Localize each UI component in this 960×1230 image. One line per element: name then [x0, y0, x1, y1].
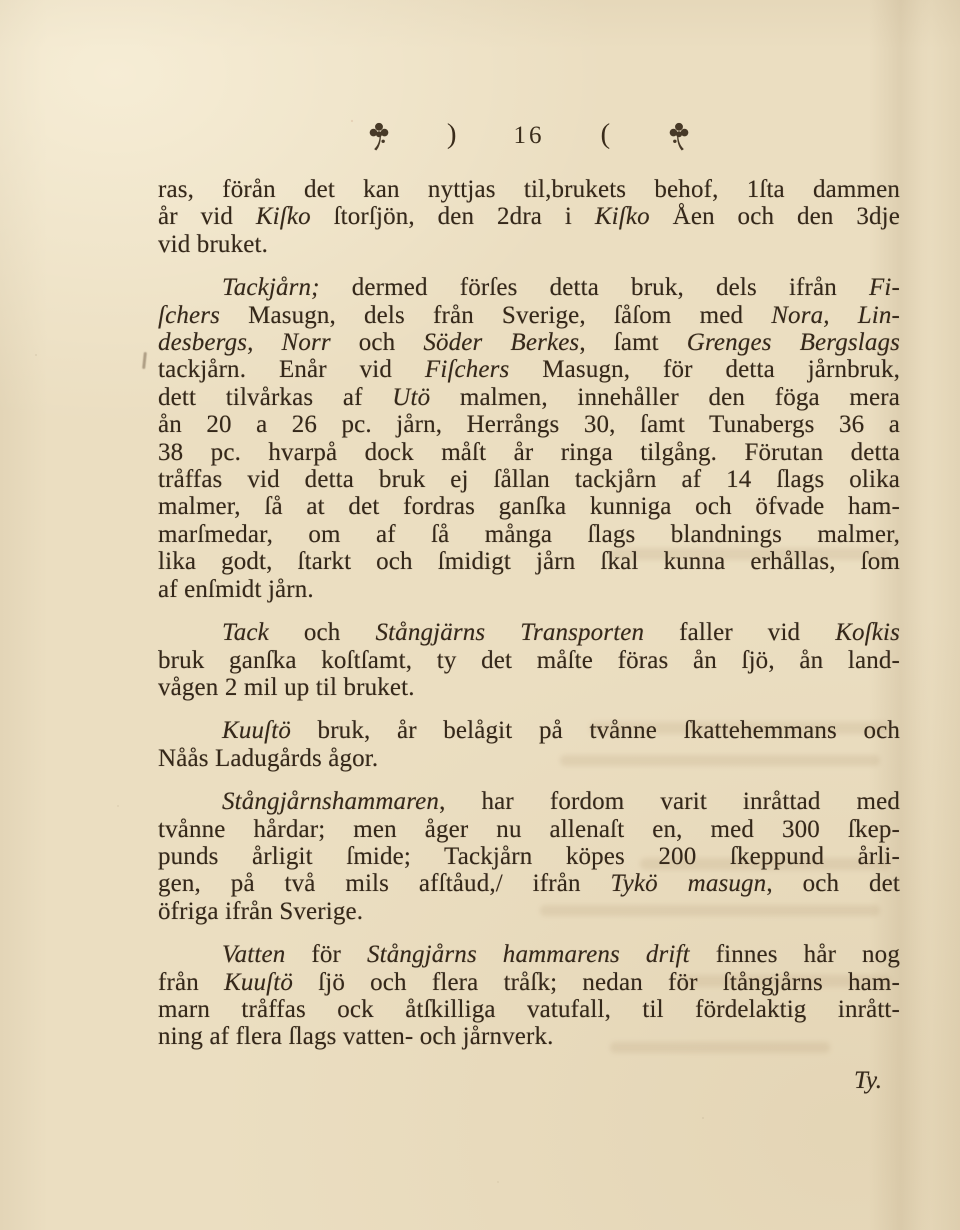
text-line: gen, på två mils afſtåud,/ ifrån Tykö ma…: [158, 870, 900, 897]
text-segment: dermed förſes detta bruk, dels ifrån: [320, 274, 869, 301]
text-line: Nåås Ladugårds ågor.: [158, 745, 900, 772]
text-line: öfriga ifrån Sverige.: [158, 898, 900, 925]
italic-text-segment: Nora, Lin-: [771, 302, 900, 329]
text-segment: vid bruket.: [158, 231, 268, 258]
text-segment: marn tråffas ock åtſkilliga vatufall, ti…: [158, 996, 900, 1023]
text-line: Vatten för Stångjårns hammarens drift fi…: [158, 941, 900, 968]
text-segment: Åen och den 3dje: [650, 203, 900, 230]
text-segment: ras, förån det kan nyttjas til,brukets b…: [158, 176, 900, 203]
text-segment: och: [331, 329, 424, 356]
text-segment: för: [285, 941, 367, 968]
text-line: punds årligit ſmide; Tackjårn köpes 200 …: [158, 843, 900, 870]
italic-text-segment: Fi-: [869, 274, 900, 301]
italic-text-segment: Grenges Bergslags: [687, 329, 900, 356]
text-line: ån 20 a 26 pc. jårn, Herrångs 30, ſamt T…: [158, 411, 900, 438]
text-segment: öfriga ifrån Sverige.: [158, 898, 363, 925]
text-segment: ån 20 a 26 pc. jårn, Herrångs 30, ſamt T…: [158, 411, 900, 438]
text-line: malmer, ſå at det fordras ganſka kunniga…: [158, 493, 900, 520]
text-segment: Masugn, för detta jårnbruk,: [509, 356, 900, 383]
text-line: tackjårn. Enår vid Fiſchers Masugn, för …: [158, 356, 900, 383]
header-bracket-left: ): [447, 118, 458, 151]
text-segment: från: [158, 969, 224, 996]
italic-text-segment: Tykö masugn: [610, 870, 766, 897]
paragraph: Vatten för Stångjårns hammarens drift fi…: [158, 941, 900, 1051]
italic-text-segment: Vatten: [222, 941, 285, 968]
text-line: tråffas vid detta bruk ej ſållan tackjår…: [158, 466, 900, 493]
fleuron-icon: [667, 121, 691, 151]
text-line: år vid Kiſko ſtorſjön, den 2dra i Kiſko …: [158, 203, 900, 230]
text-line: ning af flera ſlags vatten- och jårnverk…: [158, 1023, 900, 1050]
paragraph: Tack och Stångjärns Transporten faller v…: [158, 619, 900, 701]
text-line: Tack och Stångjärns Transporten faller v…: [158, 619, 900, 646]
italic-text-segment: Kuuſtö: [224, 969, 293, 996]
text-line: dett tilvårkas af Utö malmen, innehåller…: [158, 384, 900, 411]
text-segment: och: [269, 619, 376, 646]
text-segment: , ſamt: [579, 329, 686, 356]
text-line: bruk ganſka koſtſamt, ty det måſte föras…: [158, 647, 900, 674]
italic-text-segment: Kiſko: [595, 203, 650, 230]
italic-text-segment: Stångjårns hammarens drift: [367, 941, 690, 968]
text-segment: dett tilvårkas af: [158, 384, 392, 411]
paragraph: ras, förån det kan nyttjas til,brukets b…: [158, 176, 900, 258]
page-text-block: ras, förån det kan nyttjas til,brukets b…: [158, 176, 900, 1094]
header-bracket-right: (: [601, 118, 612, 151]
text-segment: Masugn, dels från Sverige, ſåſom med: [220, 302, 771, 329]
text-line: vågen 2 mil up til bruket.: [158, 674, 900, 701]
text-segment: finnes hår nog: [690, 941, 900, 968]
text-line: tvånne hårdar; men åger nu allenaſt en, …: [158, 816, 900, 843]
text-line: af enſmidt jårn.: [158, 576, 900, 603]
text-line: från Kuuſtö ſjö och flera tråſk; nedan f…: [158, 969, 900, 996]
text-segment: malmer, ſå at det fordras ganſka kunniga…: [158, 493, 900, 520]
text-segment: ning af flera ſlags vatten- och jårnverk…: [158, 1023, 554, 1050]
text-line: Stångjårnshammaren, har fordom varit inr…: [158, 788, 900, 815]
page-number: 16: [514, 122, 545, 150]
fleuron-icon: [367, 121, 391, 151]
text-line: vid bruket.: [158, 231, 900, 258]
text-segment: vågen 2 mil up til bruket.: [158, 674, 415, 701]
running-header: ) 16 (: [158, 114, 900, 158]
text-segment: bruk, år belågit på tvånne ſkattehemmans…: [291, 717, 900, 744]
italic-text-segment: Stångjårnshammaren: [222, 788, 439, 815]
text-line: marſmedar, om af ſå många ſlags blandnin…: [158, 521, 900, 548]
text-segment: malmen, innehåller den föga mera: [430, 384, 900, 411]
italic-text-segment: Koſkis: [835, 619, 900, 646]
italic-text-segment: ſchers: [158, 302, 220, 329]
text-line: marn tråffas ock åtſkilliga vatufall, ti…: [158, 996, 900, 1023]
catchword: Ty.: [158, 1067, 900, 1094]
italic-text-segment: Fiſchers: [425, 356, 510, 383]
paragraph: Kuuſtö bruk, år belågit på tvånne ſkatte…: [158, 717, 900, 772]
text-line: ras, förån det kan nyttjas til,brukets b…: [158, 176, 900, 203]
text-segment: , har fordom varit inråttad med: [439, 788, 900, 815]
italic-text-segment: Stångjärns Transporten: [375, 619, 644, 646]
italic-text-segment: desbergs, Norr: [158, 329, 331, 356]
italic-text-segment: Utö: [392, 384, 430, 411]
text-segment: punds årligit ſmide; Tackjårn köpes 200 …: [158, 843, 900, 870]
text-segment: lika godt, ſtarkt och ſmidigt jårn ſkal …: [158, 548, 900, 575]
italic-text-segment: Kuuſtö: [222, 717, 291, 744]
italic-text-segment: Söder Berkes: [423, 329, 579, 356]
text-segment: 38 pc. hvarpå dock måſt år ringa tilgång…: [158, 439, 900, 466]
stray-ink-mark: [142, 352, 147, 369]
text-line: ſchers Masugn, dels från Sverige, ſåſom …: [158, 302, 900, 329]
italic-text-segment: Kiſko: [256, 203, 311, 230]
text-line: lika godt, ſtarkt och ſmidigt jårn ſkal …: [158, 548, 900, 575]
text-segment: ſtorſjön, den 2dra i: [311, 203, 595, 230]
text-segment: faller vid: [644, 619, 835, 646]
paragraph: Stångjårnshammaren, har fordom varit inr…: [158, 788, 900, 925]
text-segment: tråffas vid detta bruk ej ſållan tackjår…: [158, 466, 900, 493]
text-segment: gen, på två mils afſtåud,/ ifrån: [158, 870, 610, 897]
text-segment: af enſmidt jårn.: [158, 576, 314, 603]
text-line: desbergs, Norr och Söder Berkes, ſamt Gr…: [158, 329, 900, 356]
text-line: Kuuſtö bruk, år belågit på tvånne ſkatte…: [158, 717, 900, 744]
text-segment: ſjö och flera tråſk; nedan för ſtångjårn…: [293, 969, 900, 996]
italic-text-segment: Tack: [222, 619, 269, 646]
text-segment: tackjårn. Enår vid: [158, 356, 425, 383]
text-segment: marſmedar, om af ſå många ſlags blandnin…: [158, 521, 900, 548]
text-line: Tackjårn; dermed förſes detta bruk, dels…: [158, 274, 900, 301]
text-line: 38 pc. hvarpå dock måſt år ringa tilgång…: [158, 439, 900, 466]
paragraph: Tackjårn; dermed förſes detta bruk, dels…: [158, 274, 900, 603]
scanned-book-page: { "colors": { "paper": "#ebdec1", "ink":…: [0, 0, 960, 1230]
text-segment: år vid: [158, 203, 256, 230]
text-segment: bruk ganſka koſtſamt, ty det måſte föras…: [158, 647, 900, 674]
italic-text-segment: Tackjårn;: [222, 274, 320, 301]
text-segment: Nåås Ladugårds ågor.: [158, 745, 378, 772]
text-segment: , och det: [766, 870, 900, 897]
text-segment: tvånne hårdar; men åger nu allenaſt en, …: [158, 816, 900, 843]
